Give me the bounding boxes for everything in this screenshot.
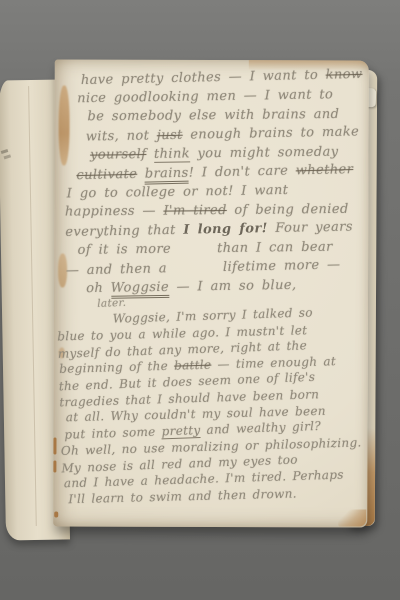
handwriting-segment: you might someday [190,145,339,162]
handwriting-segment: wits, not [86,128,157,144]
handwriting-segment: battle [174,358,212,373]
handwriting-segment: know [326,67,363,83]
handwriting-segment: — and then a [66,261,167,278]
handwriting-segment: Four years [268,220,353,237]
handwriting-segment: be somebody else with brains and [87,107,339,124]
handwriting-segment: than I can bear [217,240,333,256]
handwriting-segment: ! I don't care [188,163,295,180]
handwriting-layer: have pretty clothes — I want to knownice… [53,59,369,527]
handwriting-segment: think [154,146,190,162]
handwriting-segment: of it is more [78,242,172,258]
handwriting-segment: cultivate [76,167,137,183]
handwriting-segment: nice goodlooking men — I want to [77,87,333,106]
diary-page: have pretty clothes — I want to knownice… [53,59,369,527]
handwriting-segment: enough brains to make [183,124,360,142]
handwriting-gap [167,271,223,272]
handwriting-segment: I go to college or not! I want [67,183,289,201]
handwriting-segment: of being denied [227,202,349,218]
handwriting-gap [171,252,217,253]
handwriting-segment: pretty [161,423,200,439]
handwriting-segment: yourself [90,147,146,163]
diary-photo: have pretty clothes — I want to knownice… [0,0,400,600]
handwriting-segment: everything that [65,223,183,240]
handwriting-segment: and wealthy girl? [200,419,321,437]
handwriting-segment: later. [97,297,126,310]
handwriting-segment: happiness — [65,204,164,220]
handwriting-segment: I long for! [183,221,268,238]
handwriting-segment: lifetime more — [223,257,341,275]
handwriting-segment: whether [296,162,354,178]
handwriting-segment [146,147,154,162]
handwriting-segment: I'm tired [163,203,227,219]
diary-entry-later: later.Woggsie, I'm sorry I talked soblue… [56,286,371,508]
handwriting-segment: just [157,128,183,143]
page-crease [28,86,37,526]
handwriting-segment: beginning of the [59,359,174,376]
diary-entry-continued: have pretty clothes — I want to knownice… [63,66,367,299]
